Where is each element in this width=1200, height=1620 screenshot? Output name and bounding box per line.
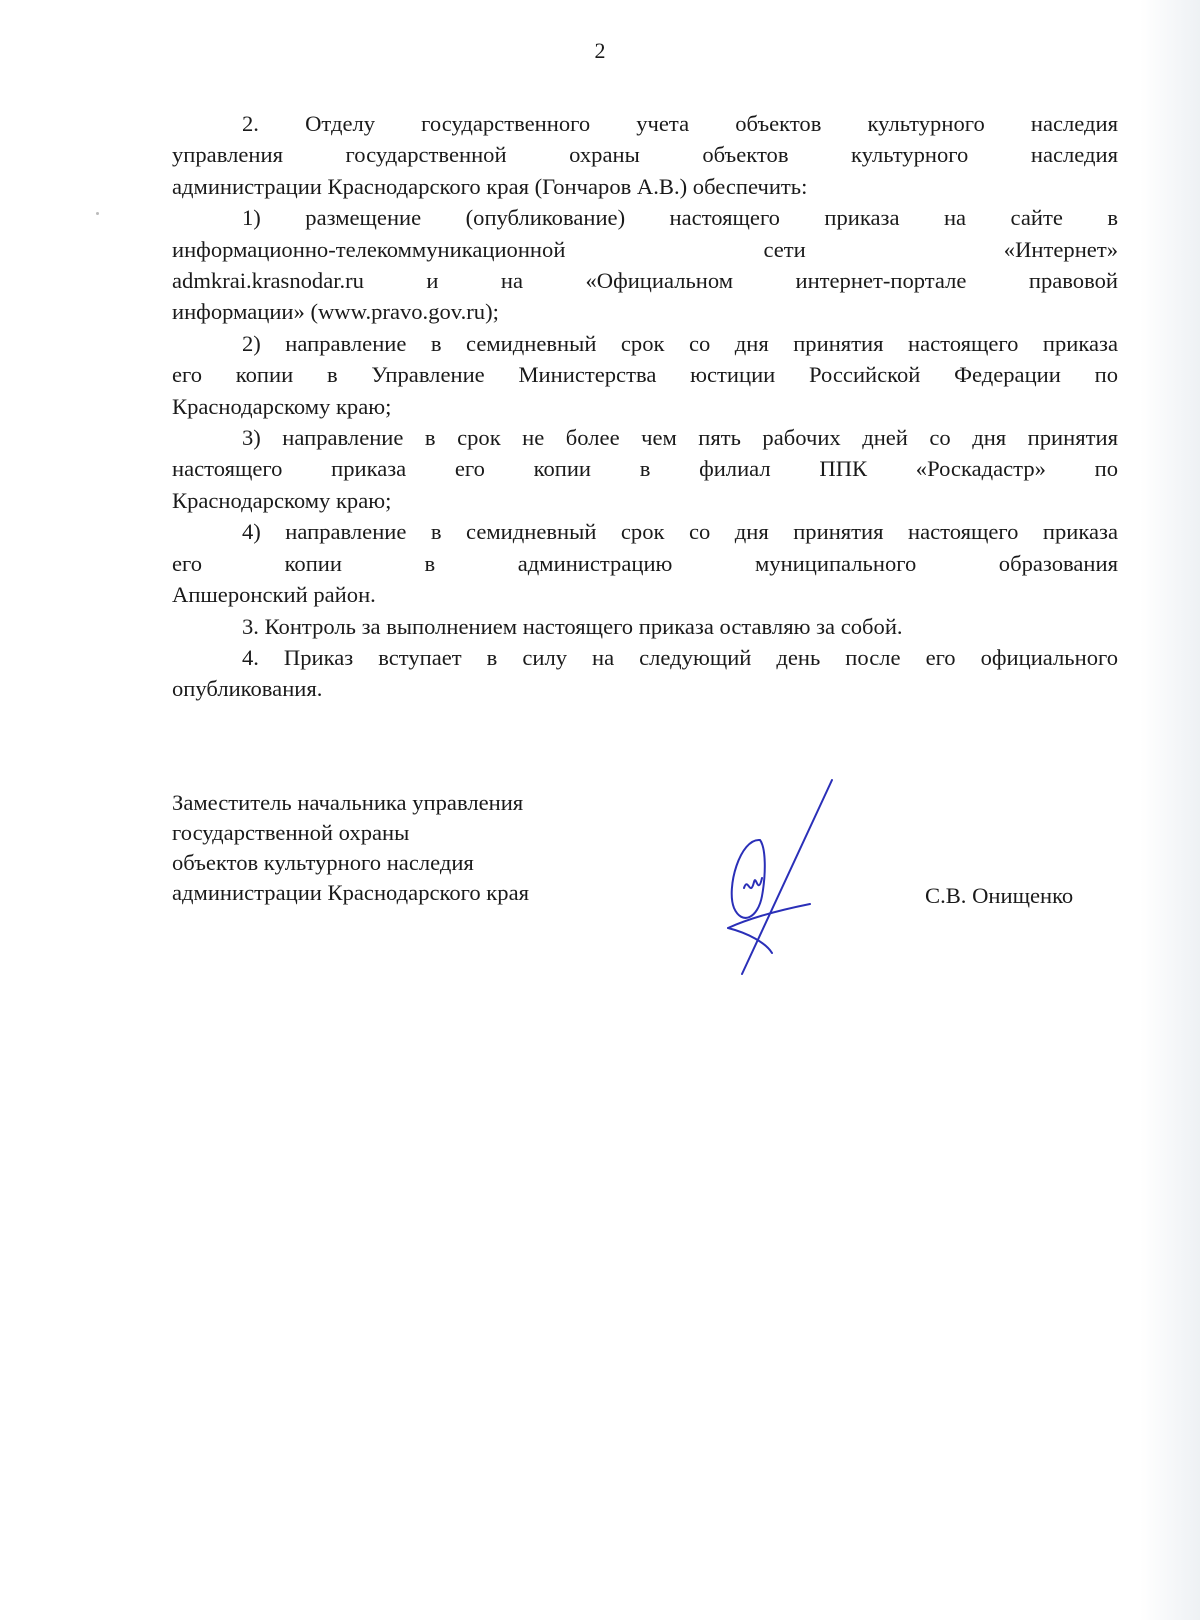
text-line: admkrai.krasnodar.ru и на «Официальном и… [172, 265, 1118, 296]
title-line: государственной охраны [172, 818, 529, 848]
text-line: Апшеронский район. [172, 579, 1118, 610]
text-line: администрации Краснодарского края (Гонча… [172, 171, 1118, 202]
subitem-2: 2) направление в семидневный срок со дня… [172, 328, 1118, 422]
subitem-3: 3) направление в срок не более чем пять … [172, 422, 1118, 516]
text-line: его копии в Управление Министерства юсти… [172, 359, 1118, 390]
text-line: 2) направление в семидневный срок со дня… [172, 328, 1118, 359]
document-body: 2. Отделу государственного учета объекто… [172, 108, 1118, 705]
page-number: 2 [0, 38, 1200, 64]
title-line: объектов культурного наследия [172, 848, 529, 878]
title-line: администрации Краснодарского края [172, 878, 529, 908]
text-line: информационно-телекоммуникационной сети … [172, 234, 1118, 265]
text-line: 1) размещение (опубликование) настоящего… [172, 202, 1118, 233]
text-line: 3. Контроль за выполнением настоящего пр… [172, 611, 1118, 642]
text-line: управления государственной охраны объект… [172, 139, 1118, 170]
text-line: Краснодарскому краю; [172, 485, 1118, 516]
text-line: настоящего приказа его копии в филиал ПП… [172, 453, 1118, 484]
paragraph-2: 2. Отделу государственного учета объекто… [172, 108, 1118, 202]
text-line: 4. Приказ вступает в силу на следующий д… [172, 642, 1118, 673]
signatory-name: С.В. Онищенко [925, 883, 1073, 909]
text-line: 3) направление в срок не более чем пять … [172, 422, 1118, 453]
signatory-title: Заместитель начальника управления госуда… [172, 788, 529, 908]
text-line: Краснодарскому краю; [172, 391, 1118, 422]
page-edge-shadow [1140, 0, 1200, 1620]
subitem-4: 4) направление в семидневный срок со дня… [172, 516, 1118, 610]
text-line: 4) направление в семидневный срок со дня… [172, 516, 1118, 547]
text-line: его копии в администрацию муниципального… [172, 548, 1118, 579]
title-line: Заместитель начальника управления [172, 788, 529, 818]
handwritten-signature [720, 778, 860, 1008]
paragraph-3: 3. Контроль за выполнением настоящего пр… [172, 611, 1118, 642]
paragraph-4: 4. Приказ вступает в силу на следующий д… [172, 642, 1118, 705]
scan-speck [96, 212, 99, 215]
subitem-1: 1) размещение (опубликование) настоящего… [172, 202, 1118, 328]
text-line: 2. Отделу государственного учета объекто… [172, 108, 1118, 139]
text-line: информации» (www.pravo.gov.ru); [172, 296, 1118, 327]
text-line: опубликования. [172, 673, 1118, 704]
